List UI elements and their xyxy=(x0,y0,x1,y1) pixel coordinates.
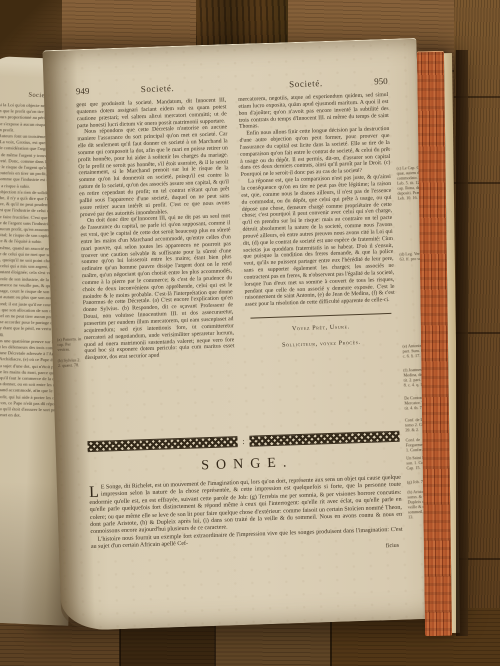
rule xyxy=(250,313,391,319)
page-number-right: 950 xyxy=(374,76,388,86)
paragraph: On doit donc dire qu'Innocent III, qui n… xyxy=(80,214,235,363)
gutter-notes: (a) Panorm. in cap. Per vestras. (b) Syl… xyxy=(57,336,83,374)
paragraph: Nous répondons que cette Décretale n'aut… xyxy=(77,125,230,219)
paragraph: mercatorem, negotiis, atque ad experiend… xyxy=(238,92,389,131)
margin-note: (a) Panorm. in cap. Per vestras. xyxy=(57,336,82,352)
running-title-right: Societé. xyxy=(238,76,375,91)
running-head-right: Societé. 950 xyxy=(238,76,388,91)
section-heading-songe: SONGE. xyxy=(94,452,400,478)
margin-note: (b) Sylvius 2. 2. quæst. 78. xyxy=(58,357,83,368)
paragraph-text: E Songe, dit Richelet, est un mouvement … xyxy=(89,475,402,536)
column-right: mercatorem, negotiis, atque ad experiend… xyxy=(238,92,399,423)
page-content: 949 Societé. Societé. 950 gent que produ… xyxy=(76,76,404,560)
running-title-left: Societé. xyxy=(89,81,226,96)
cross-reference-line: Solliciteur, voyez Procès. xyxy=(246,339,396,351)
cross-reference-block: Voyez Prêt, Usure. Solliciteur, voyez Pr… xyxy=(245,313,396,351)
cross-reference-line: Voyez Prêt, Usure. xyxy=(246,323,396,335)
paragraph: Enfin nous allons finir cette longue déc… xyxy=(239,126,391,179)
cover-shadow-gap xyxy=(456,50,468,636)
ornament-separator: : xyxy=(242,437,245,446)
right-page: 949 Societé. Societé. 950 gent que produ… xyxy=(42,38,435,631)
text-columns: gent que produisoit la societé. Mandatum… xyxy=(76,92,399,428)
book-photo: { "colors": { "c-page": "#d9cdb3", "c-in… xyxy=(0,0,500,666)
ornament-band: : xyxy=(87,431,399,452)
drop-cap: L xyxy=(89,485,101,499)
page-number-left: 949 xyxy=(76,86,90,96)
running-head-left: 949 Societé. xyxy=(76,81,226,96)
paragraph: La réponse est, que la comparaison n'est… xyxy=(241,174,395,309)
column-left: gent que produisoit la societé. Mandatum… xyxy=(76,97,237,428)
ornament-segment xyxy=(87,436,237,452)
ornament-segment xyxy=(249,431,399,447)
songe-section-text: LE Songe, dit Richelet, est un mouvement… xyxy=(89,475,403,560)
